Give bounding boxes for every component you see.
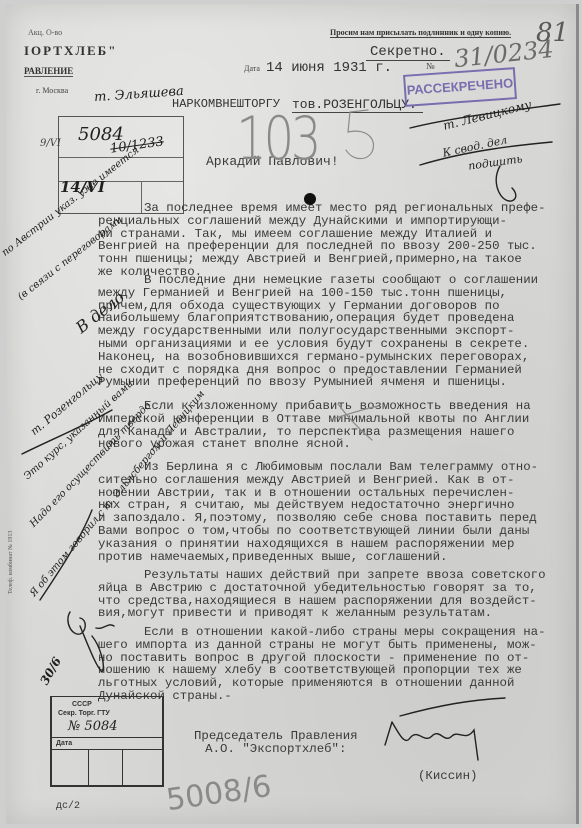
bottom-reference-number: 5008/6: [164, 769, 273, 818]
declassified-stamp: РАССЕКРЕЧЕНО: [403, 67, 517, 107]
date-label: Дата: [244, 64, 260, 73]
bottom-left-date: 30/6: [37, 655, 64, 687]
big-pencil-number: 103: [236, 104, 318, 174]
stamp-number: № 5084: [68, 719, 118, 734]
paragraph-5: Результаты наших действий при запрете вв…: [98, 569, 582, 620]
signature-title-line2: А.О. "Экспортхлеб":: [194, 743, 358, 756]
paragraph-text: Результаты наших действий при запрете вв…: [98, 569, 582, 620]
document-page: Акц. О-во ІОРТХЛЕБ" РАВЛЕНИЕ г. Москва П…: [6, 4, 579, 824]
letterhead-city: г. Москва: [36, 86, 68, 95]
document-date: 14 июня 1931 г.: [266, 60, 392, 76]
stamp-line2: Секр. Торг. ГТУ: [58, 710, 110, 717]
paragraph-1: За последнее время имеет место ряд регио…: [98, 202, 582, 279]
signature-title-line1: Председатель Правления: [194, 730, 358, 743]
stamp-line1: СССР: [72, 701, 92, 708]
printer-side-mark: Телеф. комбинат № 1913: [8, 531, 14, 594]
paragraph-text: Из Берлина я с Любимовым послали Вам тел…: [98, 461, 582, 563]
note-left-4: т. Розенгольцу: [28, 370, 106, 438]
paragraph-text: За последнее время имеет место ряд регио…: [98, 202, 582, 279]
paragraph-text: В последние дни немецкие газеты сообщают…: [98, 274, 582, 389]
signatory-name: (Киссин): [418, 769, 478, 783]
paragraph-4: Из Берлина я с Любимовым послали Вам тел…: [98, 461, 582, 563]
note-addressee: т. Эльяшева: [94, 84, 185, 105]
paragraph-6: Если в отношении какой-либо страны меры …: [98, 626, 582, 703]
number-label: №: [426, 61, 435, 71]
stamp-date-label: Дата: [56, 740, 72, 747]
letterhead-org-type: Акц. О-во: [28, 28, 62, 37]
signature-title: Председатель Правления А.О. "Экспортхлеб…: [194, 730, 358, 755]
incoming-date: 9/VI: [40, 138, 61, 149]
copy-request-note: Просим нам присылать подлинник и одну ко…: [330, 28, 511, 38]
letterhead-department: РАВЛЕНИЕ: [24, 66, 73, 77]
note-right-3: подшить: [467, 152, 523, 172]
classification-mark: Секретно.: [366, 44, 450, 61]
footer-code: дс/2: [56, 801, 80, 812]
letterhead-org-name: ІОРТХЛЕБ": [24, 43, 118, 59]
registration-number-handwritten: 31/0234: [453, 35, 555, 73]
paragraph-2: В последние дни немецкие газеты сообщают…: [98, 274, 582, 389]
registration-stamp-bottom: СССР Секр. Торг. ГТУ № 5084 Дата: [50, 696, 164, 787]
paragraph-text: Если в отношении какой-либо страны меры …: [98, 626, 582, 703]
